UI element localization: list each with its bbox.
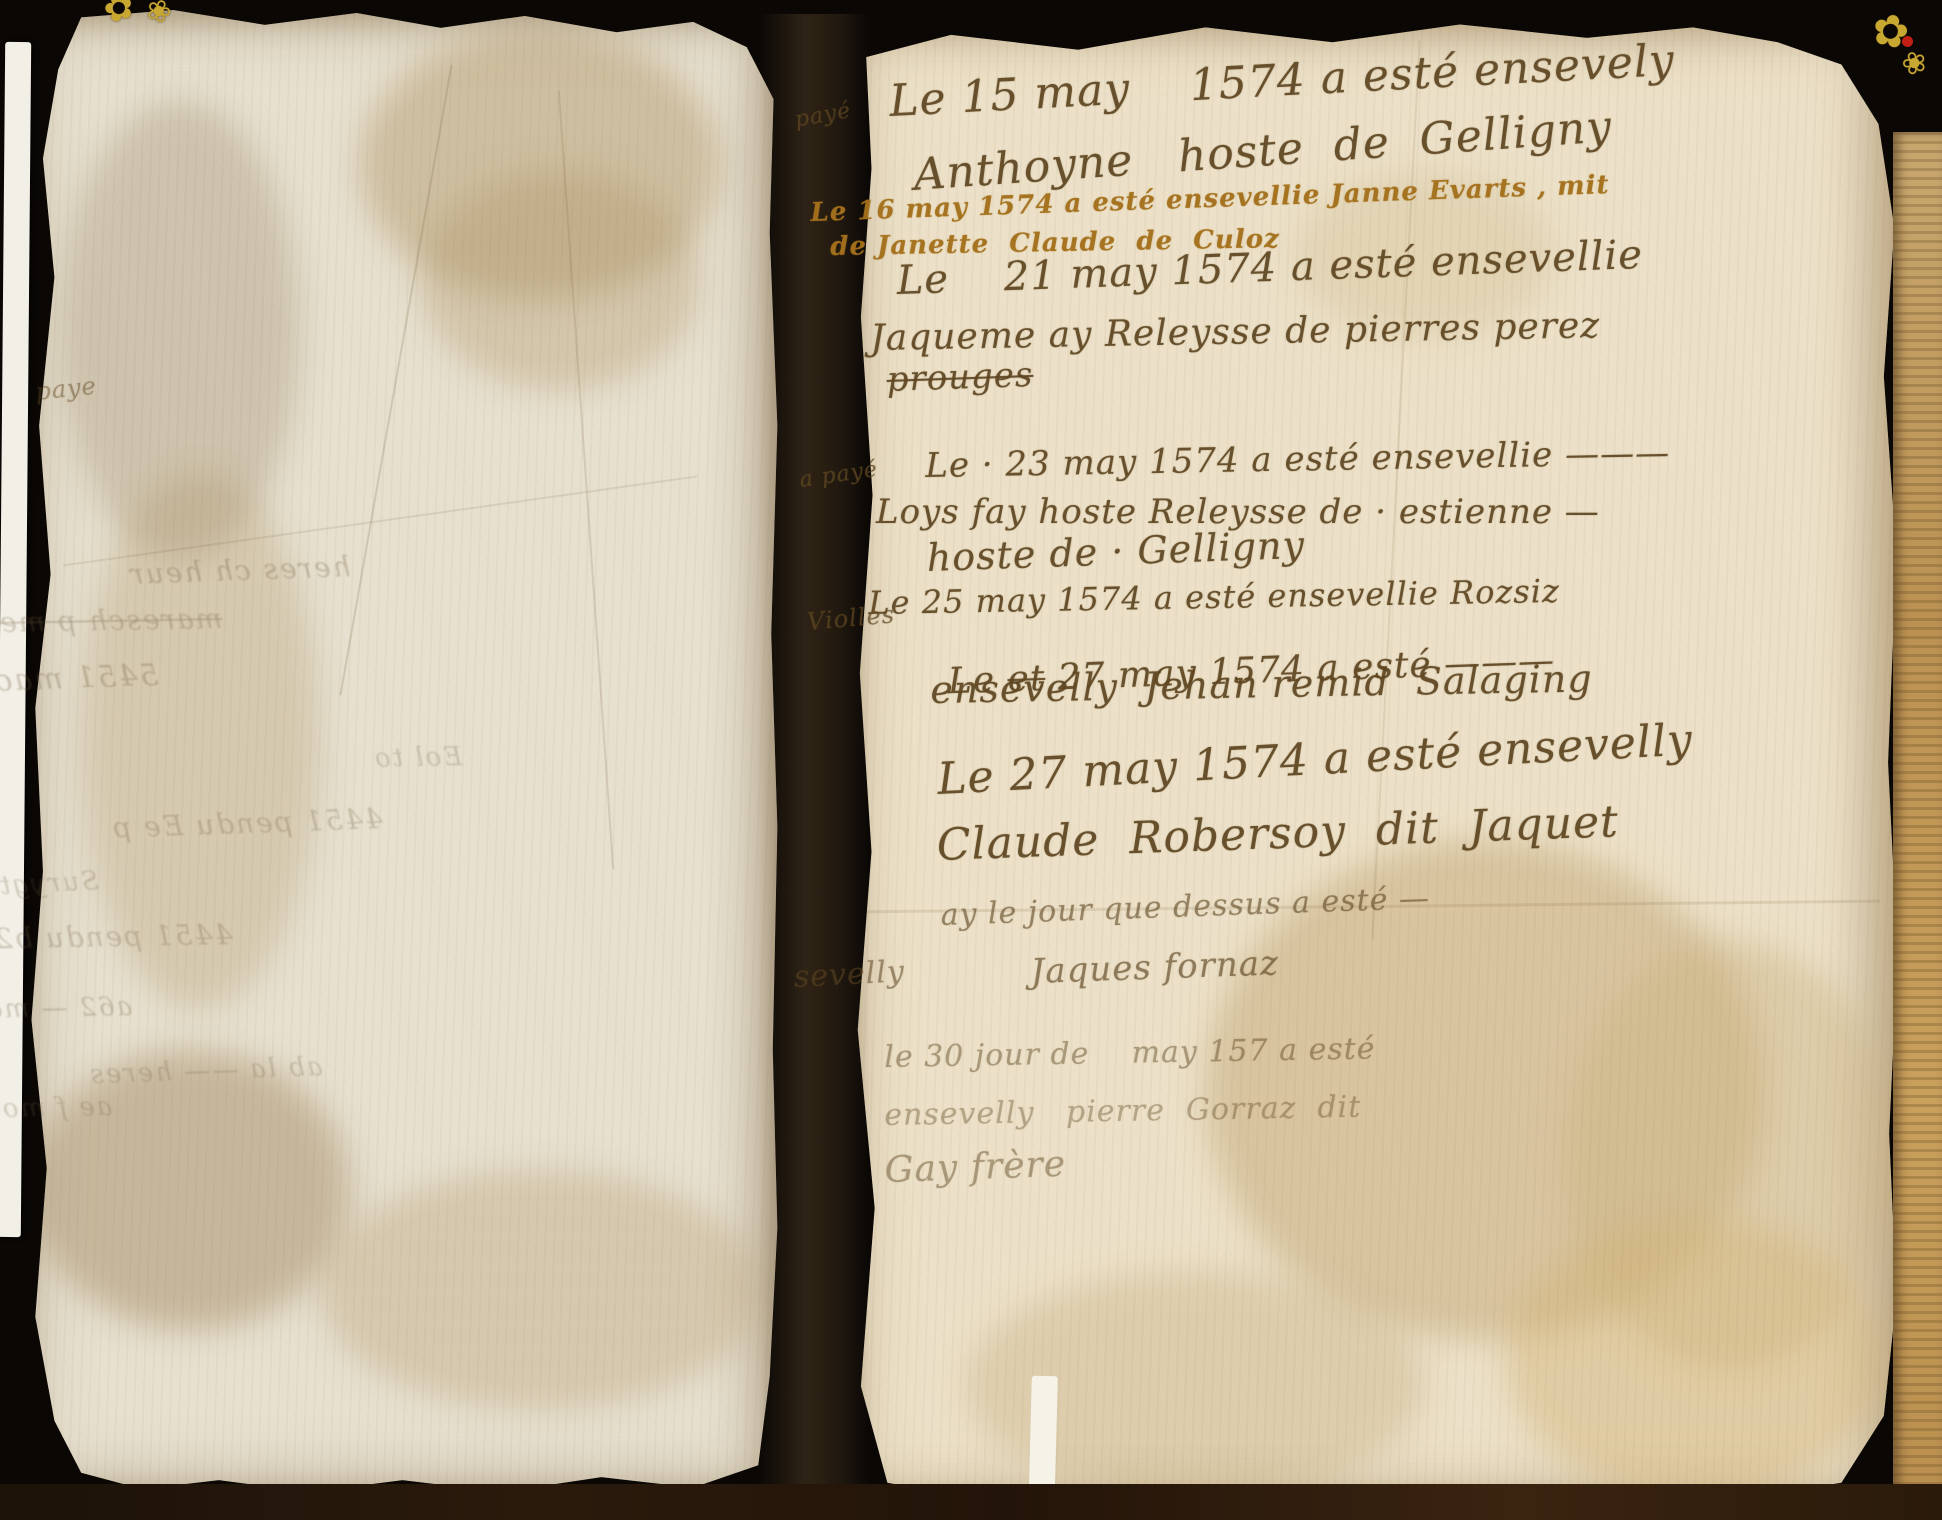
margin-note: a payé — [798, 457, 879, 493]
ghost-line: maresch p mera Ez — [0, 602, 223, 640]
page-edge-stack — [1893, 132, 1942, 1520]
manuscript-line: prouges — [886, 355, 1034, 400]
ghost-line: 4451 pendu b22 ;— — [0, 918, 233, 956]
stain — [60, 100, 300, 560]
manuscript-line: sevelly — [793, 954, 906, 995]
page-crease — [63, 475, 697, 566]
margin-note: payé — [793, 98, 853, 132]
stain — [1505, 1220, 1885, 1500]
stain — [320, 1170, 760, 1410]
loose-page-edge — [0, 42, 31, 1237]
stain — [1565, 940, 1895, 1370]
stain — [360, 30, 720, 300]
embroidery-red-center — [1902, 36, 1913, 47]
table-cloth-edge — [0, 1484, 1942, 1520]
manuscript-line: Gay frère — [884, 1144, 1067, 1191]
embroidered-flower-icon: ❀ — [1897, 43, 1933, 84]
manuscript-photo: ✿ ❀ ✿ ❀ paye heres ch heur maresch p mer… — [0, 0, 1942, 1520]
page-crease — [558, 91, 614, 869]
page-crease — [339, 65, 452, 696]
stain — [420, 170, 700, 390]
ghost-line: Eol to — [373, 742, 463, 774]
